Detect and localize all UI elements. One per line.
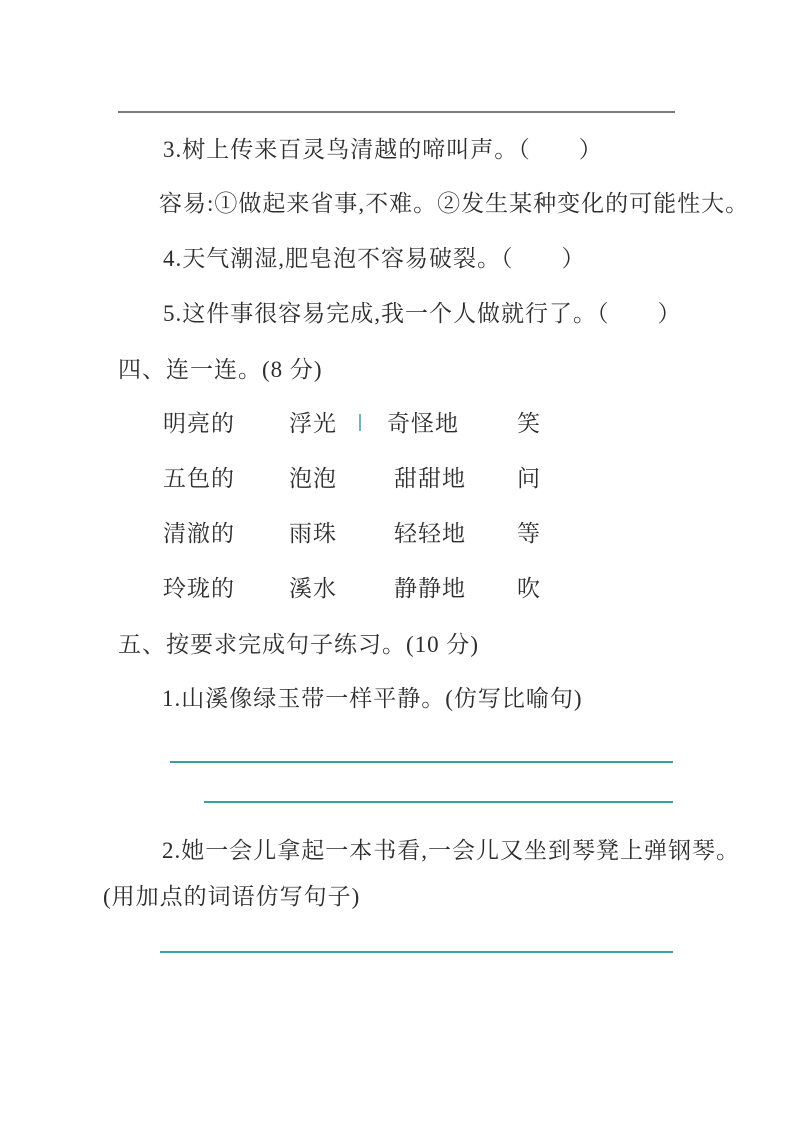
match-noun-3: 雨珠 bbox=[289, 521, 337, 547]
question-item-4: 4.天气潮湿,肥皂泡不容易破裂。（ ） bbox=[163, 246, 586, 272]
match-verb-2: 问 bbox=[517, 466, 541, 492]
sentence-question-2-instruction: (用加点的词语仿写句子) bbox=[103, 884, 360, 910]
match-adverb-4: 静静地 bbox=[394, 576, 466, 602]
match-adverb-2: 甜甜地 bbox=[394, 466, 466, 492]
match-adjective-1: 明亮的 bbox=[163, 411, 235, 437]
header-divider-rule bbox=[118, 111, 675, 113]
word-definition-rongyi: 容易:①做起来省事,不难。②发生某种变化的可能性大。 bbox=[159, 191, 749, 217]
sentence-question-2-text: 2.她一会儿拿起一本书看,一会儿又坐到琴凳上弹钢琴。 bbox=[162, 838, 740, 864]
section-five-heading: 五、按要求完成句子练习。(10 分) bbox=[118, 632, 479, 658]
match-noun-2: 泡泡 bbox=[289, 466, 337, 492]
match-adjective-2: 五色的 bbox=[163, 466, 235, 492]
match-noun-4: 溪水 bbox=[289, 576, 337, 602]
worksheet-page: 3.树上传来百灵鸟清越的啼叫声。（ ） 容易:①做起来省事,不难。②发生某种变化… bbox=[0, 0, 793, 1122]
answer-blank-line-1 bbox=[170, 761, 673, 763]
match-verb-4: 吹 bbox=[517, 576, 541, 602]
match-adverb-1: 奇怪地 bbox=[387, 411, 459, 437]
section-four-heading: 四、连一连。(8 分) bbox=[118, 357, 323, 383]
answer-blank-line-3 bbox=[160, 951, 673, 953]
match-verb-3: 等 bbox=[517, 521, 541, 547]
match-verb-1: 笑 bbox=[517, 411, 541, 437]
match-noun-1: 浮光 bbox=[289, 411, 337, 437]
question-item-5: 5.这件事很容易完成,我一个人做就行了。（ ） bbox=[163, 301, 682, 327]
match-adverb-3: 轻轻地 bbox=[394, 521, 466, 547]
question-item-3: 3.树上传来百灵鸟清越的啼叫声。（ ） bbox=[163, 137, 603, 163]
match-adjective-4: 玲珑的 bbox=[163, 576, 235, 602]
answer-blank-line-2 bbox=[204, 801, 673, 803]
match-column-divider-mark bbox=[359, 414, 361, 431]
match-adjective-3: 清澈的 bbox=[163, 521, 235, 547]
sentence-question-1: 1.山溪像绿玉带一样平静。(仿写比喻句) bbox=[162, 686, 583, 712]
